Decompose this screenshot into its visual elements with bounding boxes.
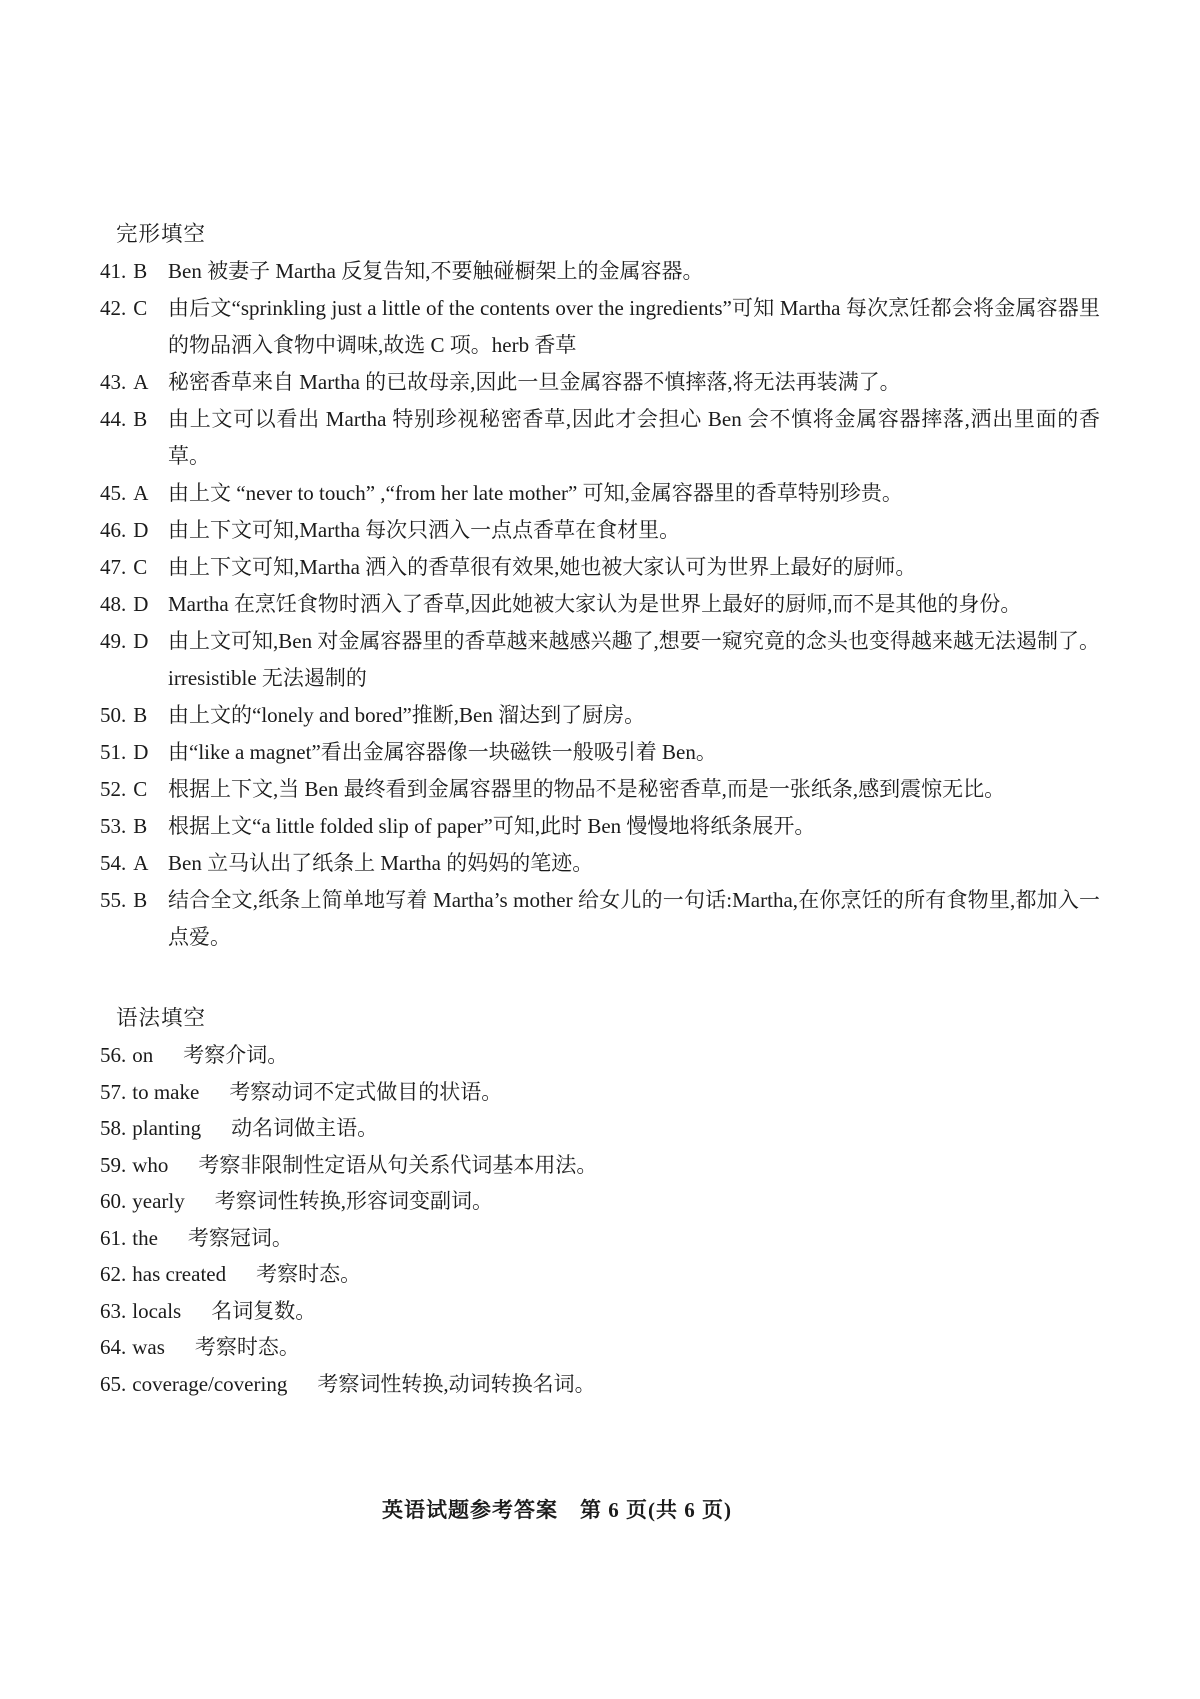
item-explanation: 考察时态。 [195,1329,300,1366]
answer-item: 55.B 结合全文,纸条上简单地写着 Martha’s mother 给女儿的一… [100,882,1100,956]
item-number: 53. [100,814,126,838]
item-number-answer: 61.the [100,1220,158,1257]
answer-item: 54.A Ben 立马认出了纸条上 Martha 的妈妈的笔迹。 [100,845,1100,882]
item-number: 44. [100,407,126,431]
item-explanation: 名词复数。 [211,1293,316,1330]
item-explanation: 考察非限制性定语从句关系代词基本用法。 [198,1147,597,1184]
item-number-answer: 50.B [100,697,168,734]
item-explanation: 考察词性转换,形容词变副词。 [215,1183,493,1220]
item-number: 63. [100,1299,126,1323]
item-answer: has created [132,1262,226,1286]
item-number-answer: 57.to make [100,1074,199,1111]
item-explanation: 考察冠词。 [188,1220,293,1257]
item-answer: C [133,777,147,801]
item-explanation: 由上文可知,Ben 对金属容器里的香草越来越感兴趣了,想要一窥究竟的念头也变得越… [168,623,1100,697]
item-answer: was [132,1335,165,1359]
item-number: 42. [100,296,126,320]
item-explanation: 秘密香草来自 Martha 的已故母亲,因此一旦金属容器不慎摔落,将无法再装满了… [168,364,1100,401]
page-content: 完形填空 41.B Ben 被妻子 Martha 反复告知,不要触碰橱架上的金属… [100,216,1100,1402]
grammar-item: 56.on 考察介词。 [100,1037,1100,1074]
item-explanation: 考察词性转换,动词转换名词。 [317,1366,595,1403]
item-answer: B [133,814,147,838]
item-number-answer: 54.A [100,845,168,882]
item-answer: D [133,629,148,653]
item-number-answer: 48.D [100,586,168,623]
item-number-answer: 60.yearly [100,1183,185,1220]
item-number-answer: 59.who [100,1147,168,1184]
item-number-answer: 64.was [100,1329,165,1366]
answer-item: 50.B 由上文的“lonely and bored”推断,Ben 溜达到了厨房… [100,697,1100,734]
grammar-item: 58.planting 动名词做主语。 [100,1110,1100,1147]
answer-item: 44.B 由上文可以看出 Martha 特别珍视秘密香草,因此才会担心 Ben … [100,401,1100,475]
item-explanation: Ben 立马认出了纸条上 Martha 的妈妈的笔迹。 [168,845,1100,882]
item-number-answer: 41.B [100,253,168,290]
item-answer: the [132,1226,158,1250]
item-number: 56. [100,1043,126,1067]
item-number-answer: 42.C [100,290,168,364]
page-footer: 英语试题参考答案 第 6 页(共 6 页) [0,1494,1114,1524]
item-answer: yearly [132,1189,184,1213]
item-number: 46. [100,518,126,542]
item-answer: coverage/covering [132,1372,287,1396]
item-explanation: 根据上文“a little folded slip of paper”可知,此时… [168,808,1100,845]
item-answer: A [133,851,148,875]
answer-item: 49.D 由上文可知,Ben 对金属容器里的香草越来越感兴趣了,想要一窥究竟的念… [100,623,1100,697]
item-answer: planting [132,1116,201,1140]
grammar-item: 61.the 考察冠词。 [100,1220,1100,1257]
item-answer: D [133,592,148,616]
item-number-answer: 55.B [100,882,168,956]
item-explanation: 动名词做主语。 [231,1110,378,1147]
item-explanation: 由“like a magnet”看出金属容器像一块磁铁一般吸引着 Ben。 [168,734,1100,771]
item-number: 43. [100,370,126,394]
grammar-item: 62.has created 考察时态。 [100,1256,1100,1293]
grammar-item: 57.to make 考察动词不定式做目的状语。 [100,1074,1100,1111]
section-title-grammar: 语法填空 [100,1000,1100,1037]
item-answer: D [133,740,148,764]
answer-item: 53.B 根据上文“a little folded slip of paper”… [100,808,1100,845]
item-explanation: 由上下文可知,Martha 每次只洒入一点点香草在食材里。 [168,512,1100,549]
item-number: 55. [100,888,126,912]
item-number: 64. [100,1335,126,1359]
item-answer: B [133,407,147,431]
answer-item: 51.D 由“like a magnet”看出金属容器像一块磁铁一般吸引着 Be… [100,734,1100,771]
section-title-cloze: 完形填空 [100,216,1100,253]
item-explanation: 考察时态。 [256,1256,361,1293]
answer-item: 45.A 由上文 “never to touch” ,“from her lat… [100,475,1100,512]
item-number-answer: 52.C [100,771,168,808]
item-number: 60. [100,1189,126,1213]
item-number-answer: 51.D [100,734,168,771]
item-answer: A [133,370,148,394]
grammar-item: 65.coverage/covering 考察词性转换,动词转换名词。 [100,1366,1100,1403]
item-number-answer: 65.coverage/covering [100,1366,287,1403]
item-answer: D [133,518,148,542]
item-number: 65. [100,1372,126,1396]
item-answer: A [133,481,148,505]
answer-item: 48.D Martha 在烹饪食物时洒入了香草,因此她被大家认为是世界上最好的厨… [100,586,1100,623]
item-number: 62. [100,1262,126,1286]
item-number-answer: 44.B [100,401,168,475]
item-number: 47. [100,555,126,579]
item-number-answer: 45.A [100,475,168,512]
answer-item: 42.C 由后文“sprinkling just a little of the… [100,290,1100,364]
item-explanation: 由上文 “never to touch” ,“from her late mot… [168,475,1100,512]
item-explanation: 由上文可以看出 Martha 特别珍视秘密香草,因此才会担心 Ben 会不慎将金… [168,401,1100,475]
item-number-answer: 47.C [100,549,168,586]
grammar-item: 64.was 考察时态。 [100,1329,1100,1366]
item-number-answer: 49.D [100,623,168,697]
item-answer: on [132,1043,153,1067]
exam-answer-page: 完形填空 41.B Ben 被妻子 Martha 反复告知,不要触碰橱架上的金属… [0,0,1200,1699]
item-number: 50. [100,703,126,727]
answer-item: 41.B Ben 被妻子 Martha 反复告知,不要触碰橱架上的金属容器。 [100,253,1100,290]
item-answer: who [132,1153,168,1177]
item-answer: to make [132,1080,199,1104]
item-number: 49. [100,629,126,653]
answer-item: 43.A 秘密香草来自 Martha 的已故母亲,因此一旦金属容器不慎摔落,将无… [100,364,1100,401]
item-number-answer: 63.locals [100,1293,181,1330]
item-number: 48. [100,592,126,616]
answer-item: 47.C 由上下文可知,Martha 洒入的香草很有效果,她也被大家认可为世界上… [100,549,1100,586]
item-number: 59. [100,1153,126,1177]
answer-item: 46.D 由上下文可知,Martha 每次只洒入一点点香草在食材里。 [100,512,1100,549]
item-explanation: 结合全文,纸条上简单地写着 Martha’s mother 给女儿的一句话:Ma… [168,882,1100,956]
item-number: 52. [100,777,126,801]
item-number: 54. [100,851,126,875]
item-answer: B [133,259,147,283]
grammar-item: 60.yearly 考察词性转换,形容词变副词。 [100,1183,1100,1220]
item-answer: B [133,888,147,912]
item-explanation: 考察动词不定式做目的状语。 [229,1074,502,1111]
item-number-answer: 46.D [100,512,168,549]
item-number-answer: 53.B [100,808,168,845]
item-number-answer: 56.on [100,1037,153,1074]
item-answer: C [133,296,147,320]
item-answer: C [133,555,147,579]
item-number: 58. [100,1116,126,1140]
item-number-answer: 43.A [100,364,168,401]
item-explanation: 根据上下文,当 Ben 最终看到金属容器里的物品不是秘密香草,而是一张纸条,感到… [168,771,1100,808]
item-answer: locals [132,1299,181,1323]
item-explanation: 由上下文可知,Martha 洒入的香草很有效果,她也被大家认可为世界上最好的厨师… [168,549,1100,586]
item-number-answer: 62.has created [100,1256,226,1293]
item-number: 45. [100,481,126,505]
item-explanation: Martha 在烹饪食物时洒入了香草,因此她被大家认为是世界上最好的厨师,而不是… [168,586,1100,623]
item-explanation: 由后文“sprinkling just a little of the cont… [168,290,1100,364]
item-number: 41. [100,259,126,283]
item-explanation: 考察介词。 [183,1037,288,1074]
item-number: 57. [100,1080,126,1104]
item-explanation: 由上文的“lonely and bored”推断,Ben 溜达到了厨房。 [168,697,1100,734]
answer-item: 52.C 根据上下文,当 Ben 最终看到金属容器里的物品不是秘密香草,而是一张… [100,771,1100,808]
grammar-item: 59.who 考察非限制性定语从句关系代词基本用法。 [100,1147,1100,1184]
item-number: 61. [100,1226,126,1250]
grammar-item: 63.locals 名词复数。 [100,1293,1100,1330]
item-number-answer: 58.planting [100,1110,201,1147]
item-answer: B [133,703,147,727]
item-explanation: Ben 被妻子 Martha 反复告知,不要触碰橱架上的金属容器。 [168,253,1100,290]
item-number: 51. [100,740,126,764]
